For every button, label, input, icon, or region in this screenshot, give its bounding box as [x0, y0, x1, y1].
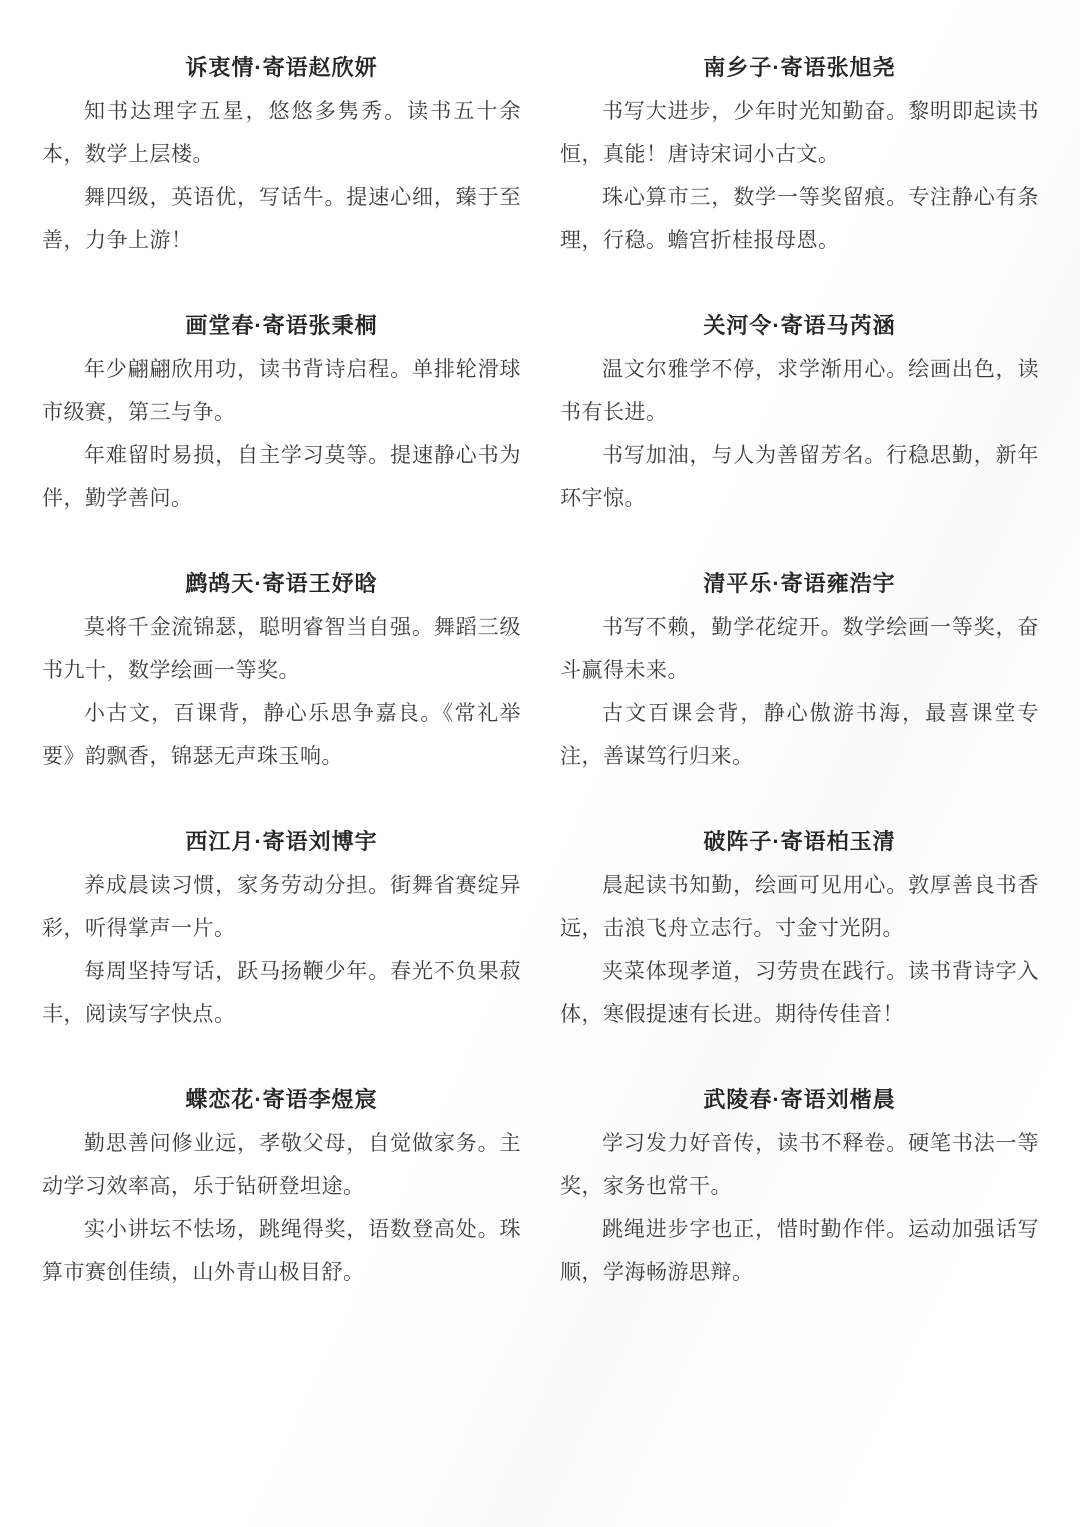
- poem-paragraph: 古文百课会背，静心傲游书海，最喜课堂专注，善谋笃行归来。: [560, 692, 1039, 778]
- poem-paragraph: 珠心算市三，数学一等奖留痕。专注静心有条理，行稳。蟾宫折桂报母恩。: [560, 176, 1039, 262]
- poem-title: 清平乐·寄语雍浩宇: [560, 562, 1039, 606]
- poem-title: 武陵春·寄语刘楷晨: [560, 1078, 1039, 1122]
- poem-title: 蝶恋花·寄语李煜宸: [42, 1078, 521, 1122]
- poem-title: 西江月·寄语刘博宇: [42, 820, 521, 864]
- poem-section: 破阵子·寄语柏玉清 晨起读书知勤，绘画可见用心。敦厚善良书香远，击浪飞舟立志行。…: [560, 820, 1039, 1036]
- poem-paragraph: 勤思善问修业远，孝敬父母，自觉做家务。主动学习效率高，乐于钻研登坦途。: [42, 1122, 521, 1208]
- poem-title: 鹧鸪天·寄语王妤晗: [42, 562, 521, 606]
- poem-paragraph: 书写不赖，勤学花绽开。数学绘画一等奖，奋斗赢得未来。: [560, 606, 1039, 692]
- poem-section: 清平乐·寄语雍浩宇 书写不赖，勤学花绽开。数学绘画一等奖，奋斗赢得未来。 古文百…: [560, 562, 1039, 778]
- poem-paragraph: 书写大进步，少年时光知勤奋。黎明即起读书恒，真能！唐诗宋词小古文。: [560, 90, 1039, 176]
- poem-title: 南乡子·寄语张旭尧: [560, 46, 1039, 90]
- poem-paragraph: 小古文，百课背，静心乐思争嘉良。《常礼举要》韵飘香，锦瑟无声珠玉响。: [42, 692, 521, 778]
- right-column: 南乡子·寄语张旭尧 书写大进步，少年时光知勤奋。黎明即起读书恒，真能！唐诗宋词小…: [560, 46, 1039, 1336]
- poem-title: 画堂春·寄语张秉桐: [42, 304, 521, 348]
- poem-section: 西江月·寄语刘博宇 养成晨读习惯，家务劳动分担。街舞省赛绽异彩，听得掌声一片。 …: [42, 820, 521, 1036]
- poem-paragraph: 每周坚持写话，跃马扬鞭少年。春光不负果菽丰，阅读写字快点。: [42, 950, 521, 1036]
- poem-section: 诉衷情·寄语赵欣妍 知书达理字五星，悠悠多隽秀。读书五十余本，数学上层楼。 舞四…: [42, 46, 521, 262]
- poem-paragraph: 温文尔雅学不停，求学渐用心。绘画出色，读书有长进。: [560, 348, 1039, 434]
- poem-paragraph: 知书达理字五星，悠悠多隽秀。读书五十余本，数学上层楼。: [42, 90, 521, 176]
- poem-section: 关河令·寄语马芮涵 温文尔雅学不停，求学渐用心。绘画出色，读书有长进。 书写加油…: [560, 304, 1039, 520]
- poem-paragraph: 养成晨读习惯，家务劳动分担。街舞省赛绽异彩，听得掌声一片。: [42, 864, 521, 950]
- poem-section: 蝶恋花·寄语李煜宸 勤思善问修业远，孝敬父母，自觉做家务。主动学习效率高，乐于钻…: [42, 1078, 521, 1294]
- poem-section: 鹧鸪天·寄语王妤晗 莫将千金流锦瑟，聪明睿智当自强。舞蹈三级书九十，数学绘画一等…: [42, 562, 521, 778]
- poem-paragraph: 实小讲坛不怯场，跳绳得奖，语数登高处。珠算市赛创佳绩，山外青山极目舒。: [42, 1208, 521, 1294]
- poem-paragraph: 年难留时易损，自主学习莫等。提速静心书为伴，勤学善问。: [42, 434, 521, 520]
- poem-paragraph: 夹菜体现孝道，习劳贵在践行。读书背诗字入体，寒假提速有长进。期待传佳音！: [560, 950, 1039, 1036]
- two-column-layout: 诉衷情·寄语赵欣妍 知书达理字五星，悠悠多隽秀。读书五十余本，数学上层楼。 舞四…: [0, 0, 1080, 1336]
- poem-paragraph: 学习发力好音传，读书不释卷。硬笔书法一等奖，家务也常干。: [560, 1122, 1039, 1208]
- document-page: 诉衷情·寄语赵欣妍 知书达理字五星，悠悠多隽秀。读书五十余本，数学上层楼。 舞四…: [0, 0, 1080, 1527]
- poem-paragraph: 晨起读书知勤，绘画可见用心。敦厚善良书香远，击浪飞舟立志行。寸金寸光阴。: [560, 864, 1039, 950]
- poem-paragraph: 书写加油，与人为善留芳名。行稳思勤，新年环宇惊。: [560, 434, 1039, 520]
- poem-paragraph: 年少翩翩欣用功，读书背诗启程。单排轮滑球市级赛，第三与争。: [42, 348, 521, 434]
- poem-title: 关河令·寄语马芮涵: [560, 304, 1039, 348]
- poem-title: 诉衷情·寄语赵欣妍: [42, 46, 521, 90]
- poem-paragraph: 跳绳进步字也正，惜时勤作伴。运动加强话写顺，学海畅游思辩。: [560, 1208, 1039, 1294]
- poem-section: 武陵春·寄语刘楷晨 学习发力好音传，读书不释卷。硬笔书法一等奖，家务也常干。 跳…: [560, 1078, 1039, 1294]
- left-column: 诉衷情·寄语赵欣妍 知书达理字五星，悠悠多隽秀。读书五十余本，数学上层楼。 舞四…: [42, 46, 521, 1336]
- poem-paragraph: 舞四级，英语优，写话牛。提速心细，臻于至善，力争上游！: [42, 176, 521, 262]
- poem-title: 破阵子·寄语柏玉清: [560, 820, 1039, 864]
- poem-section: 南乡子·寄语张旭尧 书写大进步，少年时光知勤奋。黎明即起读书恒，真能！唐诗宋词小…: [560, 46, 1039, 262]
- poem-paragraph: 莫将千金流锦瑟，聪明睿智当自强。舞蹈三级书九十，数学绘画一等奖。: [42, 606, 521, 692]
- poem-section: 画堂春·寄语张秉桐 年少翩翩欣用功，读书背诗启程。单排轮滑球市级赛，第三与争。 …: [42, 304, 521, 520]
